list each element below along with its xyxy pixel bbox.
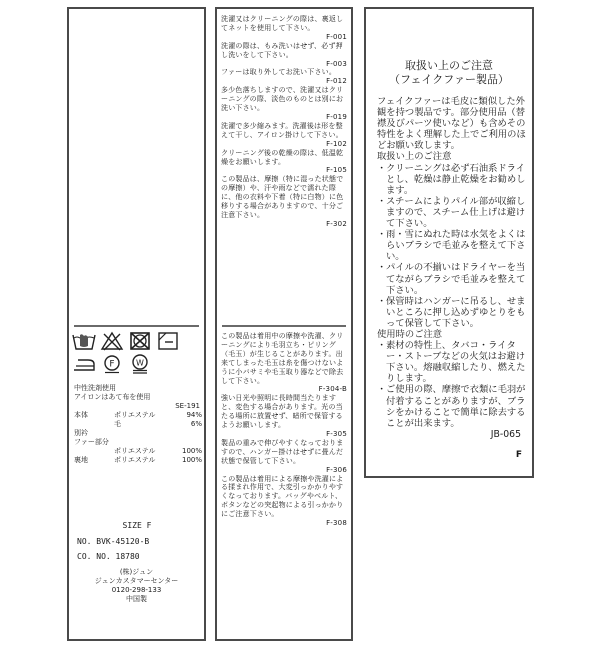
instruction-text: 強い日光や照明に長時間当たりますと、変色する場合があります。光の当たる場所に放置… — [221, 394, 349, 430]
bullet-item: ・パイルの不揃いはドライヤーを当てながらブラシで毛並みを整えて下さい。 — [377, 262, 529, 295]
care-instructions-upper: 洗濯又はクリーニングの際は、裏返してネットを使用して下さい。 F-001 洗濯の… — [221, 15, 349, 229]
maker-info: (株)ジュン ジュンカスタマーセンター 0120-298-133 中国製 — [69, 568, 204, 604]
instruction-code: F-302 — [221, 220, 349, 229]
composition-row: ファー部分 — [74, 438, 202, 447]
bullet-item: ・雨・雪にぬれた時は水気をよくはらいブラシで毛並みを整えて下さい。 — [377, 229, 529, 262]
care-code: SE-191 — [74, 402, 202, 411]
iron-low-icon — [72, 354, 96, 374]
label-code: JB-065 — [377, 429, 529, 440]
maker-company: (株)ジュン — [69, 568, 204, 577]
instruction-text: ファーは取り外してお洗い下さい。 — [221, 68, 349, 77]
composition-row: ポリエステル100% — [74, 447, 202, 456]
instruction-text: この製品は着用による摩擦や洗濯による揉まれ作用で、大変引っかかりやすくなっており… — [221, 475, 349, 520]
intro-text: フェイクファーは毛皮に類似した外観を持つ製品です。部分使用品（替襟及びパーツ使い… — [377, 96, 529, 151]
product-number: NO. BVK-45120-B — [77, 537, 197, 546]
caution-title: 取扱い上のご注意 （フェイクファー製品） — [366, 59, 532, 87]
svg-text:W: W — [136, 359, 144, 368]
color-number: CO. NO. 18780 — [77, 552, 197, 561]
line-dry-shade-icon — [156, 331, 180, 351]
maker-phone: 0120-298-133 — [69, 586, 204, 595]
bullet-item: ・保管時はハンガーに吊るし、せまいところに押し込めずゆとりをもって保管して下さい… — [377, 296, 529, 329]
svg-text:F: F — [109, 360, 114, 370]
instruction-code: F-306 — [221, 466, 349, 475]
hand-wash-icon — [72, 331, 96, 351]
instruction-text: この製品は、摩擦（特に湿った状態での摩擦）や、汗や雨などで濡れた際に、他の衣料や… — [221, 175, 349, 220]
instruction-text: 製品の重みで伸びやすくなっておりますので、ハンガー掛けはせずに畳んだ状態で保管し… — [221, 439, 349, 466]
care-notes: 中性洗剤使用 アイロンはあて布を使用 SE-191 — [74, 384, 202, 411]
label-fold-divider — [74, 325, 199, 327]
instruction-code: F-305 — [221, 430, 349, 439]
care-note: 中性洗剤使用 — [74, 384, 202, 393]
composition-row: 毛6% — [74, 420, 202, 429]
caution-body: フェイクファーは毛皮に類似した外観を持つ製品です。部分使用品（替襟及びパーツ使い… — [377, 96, 529, 440]
instruction-code: F-304-B — [221, 385, 349, 394]
faux-fur-caution-label: 取扱い上のご注意 （フェイクファー製品） フェイクファーは毛皮に類似した外観を持… — [364, 7, 534, 478]
care-instructions-lower: この製品は着用中の摩擦や洗濯、クリーニングにより毛羽立ち・ピリング（毛玉）が生じ… — [221, 332, 349, 528]
instruction-code: F-001 — [221, 33, 349, 42]
composition-row: 裏地ポリエステル100% — [74, 456, 202, 465]
instruction-text: クリーニング後の乾燥の際は、低温乾燥をお願いします。 — [221, 149, 349, 167]
care-label-left: F W 中性洗剤使用 アイロンはあて布を使用 SE-191 本体ポリエステル94… — [67, 7, 206, 641]
wet-clean-w-icon: W — [128, 354, 152, 374]
composition-row: 別衿 — [74, 429, 202, 438]
section-heading: 使用時のご注意 — [377, 329, 529, 340]
instruction-text: 洗濯で多少縮みます。洗濯後は形を整えて干し、アイロン掛けして下さい。 — [221, 122, 349, 140]
maker-center: ジュンカスタマーセンター — [69, 577, 204, 586]
instruction-code: F-308 — [221, 519, 349, 528]
instruction-code: F-102 — [221, 140, 349, 149]
no-tumble-dry-icon — [128, 331, 152, 351]
care-label-middle: 洗濯又はクリーニングの際は、裏返してネットを使用して下さい。 F-001 洗濯の… — [215, 7, 353, 641]
bullet-item: ・ご使用の際、摩擦で衣類に毛羽が付着することがありますが、ブラシをかけることで簡… — [377, 384, 529, 428]
bullet-item: ・素材の特性上、タバコ・ライター・ストーブなどの火気はお避け下さい。熔融収縮した… — [377, 340, 529, 384]
label-fold-divider — [222, 325, 346, 327]
composition-table: 本体ポリエステル94% 毛6% 別衿 ファー部分 ポリエステル100% 裏地ポリ… — [74, 411, 202, 465]
instruction-text: 洗濯又はクリーニングの際は、裏返してネットを使用して下さい。 — [221, 15, 349, 33]
section-heading: 取扱い上のご注意 — [377, 151, 529, 162]
no-bleach-icon — [100, 331, 124, 351]
instruction-code: F-105 — [221, 166, 349, 175]
size-mark: F — [516, 450, 522, 460]
bullet-item: ・スチームによりパイル部が収縮しますので、スチーム仕上げは避けて下さい。 — [377, 196, 529, 229]
country-of-origin: 中国製 — [69, 595, 204, 604]
size-text: SIZE F — [77, 521, 197, 530]
instruction-text: この製品は着用中の摩擦や洗濯、クリーニングにより毛羽立ち・ピリング（毛玉）が生じ… — [221, 332, 349, 385]
care-symbols: F W — [72, 331, 202, 377]
composition-row: 本体ポリエステル94% — [74, 411, 202, 420]
care-note: アイロンはあて布を使用 — [74, 393, 202, 402]
instruction-text: 洗濯の際は、もみ洗いはせず、必ず押し洗いをして下さい。 — [221, 42, 349, 60]
dry-clean-f-icon: F — [100, 354, 124, 374]
instruction-code: F-019 — [221, 113, 349, 122]
instruction-code: F-012 — [221, 77, 349, 86]
instruction-text: 多少色落ちしますので、洗濯又はクリーニングの際、淡色のものとは別にお洗い下さい。 — [221, 86, 349, 113]
bullet-item: ・クリーニングは必ず石油系ドライとし、乾燥は静止乾燥をお勧めします。 — [377, 163, 529, 196]
